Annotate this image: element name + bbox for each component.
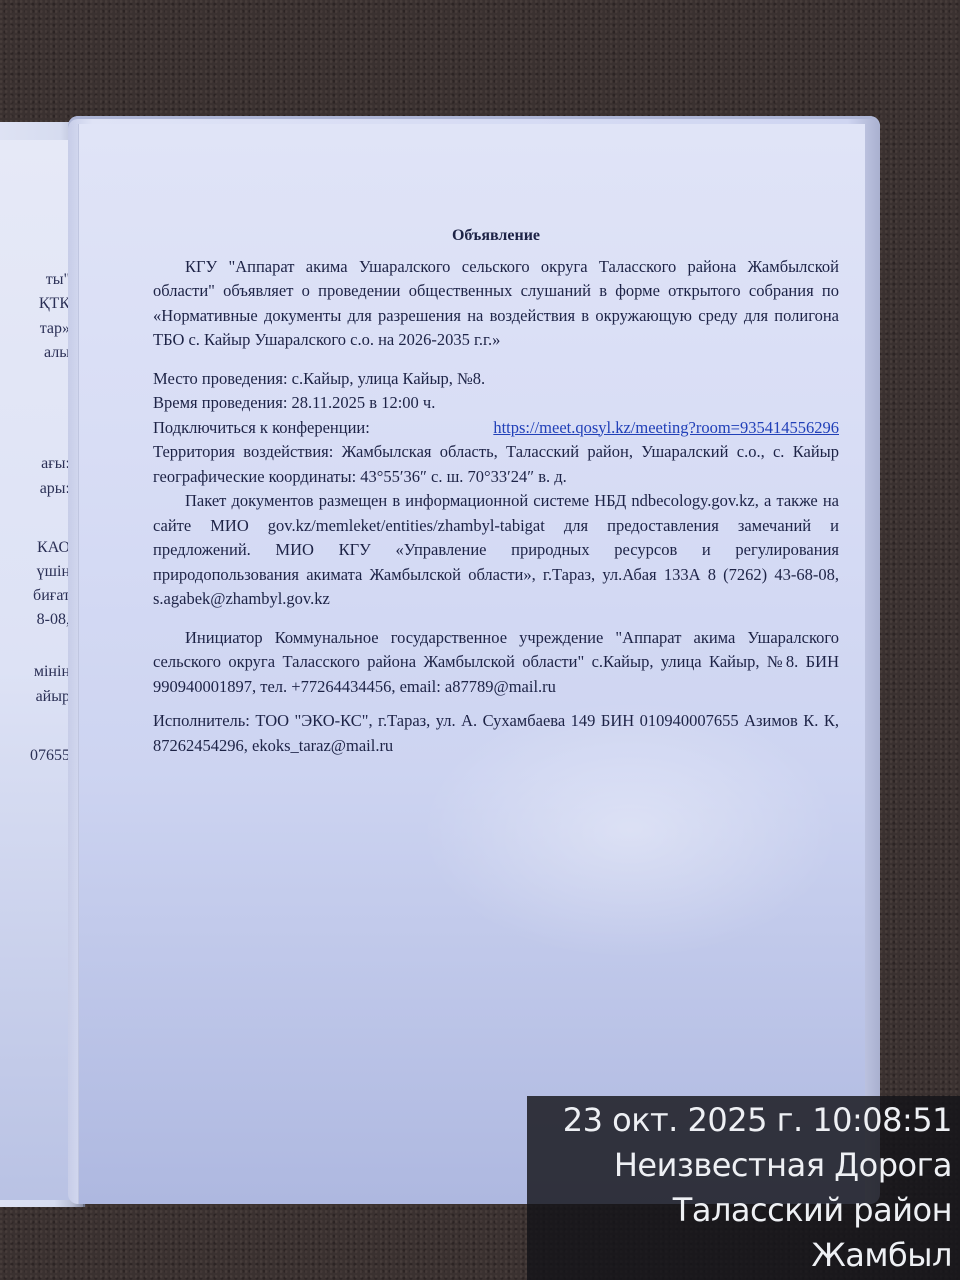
initiator-info: Инициатор Коммунальное государственное у… [153, 626, 839, 700]
left-fragment: үшін [37, 560, 70, 584]
conference-label: Подключиться к конференции: [153, 416, 370, 441]
document-title: Объявление [153, 224, 839, 249]
left-fragment: КАО [37, 536, 70, 560]
timestamp-datetime: 23 окт. 2025 г. 10:08:51 [563, 1098, 952, 1143]
left-fragment: 8-08, [37, 608, 70, 632]
meeting-place: Место проведения: с.Кайыр, улица Кайыр, … [153, 367, 839, 392]
left-fragment: ағы: [41, 452, 70, 476]
timestamp-district: Таласский район [563, 1188, 952, 1233]
left-fragment: алы [44, 341, 70, 365]
timestamp-road: Неизвестная Дорога [563, 1143, 952, 1188]
intro-paragraph: КГУ "Аппарат акима Ушаралского сельского… [153, 255, 839, 353]
left-fragment: биғат [33, 584, 70, 608]
left-fragment: ты" [46, 268, 70, 292]
left-fragment: тар» [40, 317, 70, 341]
conference-row: Подключиться к конференции: https://meet… [153, 416, 839, 441]
left-fragment: айыр [36, 685, 70, 709]
announcement-document: Объявление КГУ "Аппарат акима Ушаралског… [153, 224, 839, 758]
impact-territory: Территория воздействия: Жамбылская облас… [153, 440, 839, 489]
photo-timestamp: 23 окт. 2025 г. 10:08:51 Неизвестная Дор… [551, 1094, 952, 1280]
left-fragment: мінің [34, 660, 70, 684]
left-fragment: 07655 [30, 744, 70, 768]
left-fragment: ары: [40, 477, 70, 501]
documents-package: Пакет документов размещен в информационн… [153, 489, 839, 612]
left-page: ты" ҚТҚ тар» алы ағы: ары: КАО үшін биға… [0, 140, 74, 1200]
timestamp-region: Жамбыл [563, 1233, 952, 1278]
executor-info: Исполнитель: ТОО "ЭКО-КС", г.Тараз, ул. … [153, 709, 839, 758]
conference-link[interactable]: https://meet.qosyl.kz/meeting?room=93541… [493, 416, 839, 441]
meeting-time: Время проведения: 28.11.2025 в 12:00 ч. [153, 391, 839, 416]
left-fragment: ҚТҚ [39, 292, 70, 316]
